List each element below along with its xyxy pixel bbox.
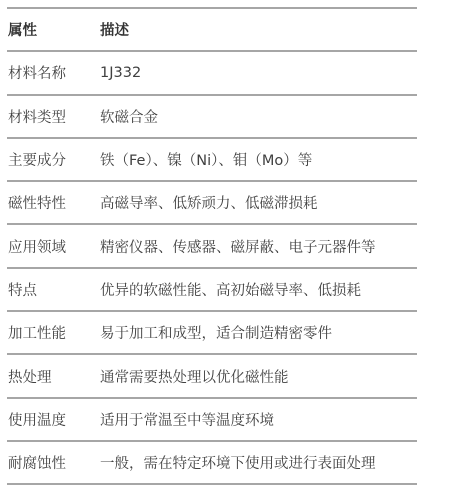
table-row: 使用温度 适用于常温至中等温度环境 xyxy=(7,398,417,441)
description-cell: 适用于常温至中等温度环境 xyxy=(99,398,417,441)
property-cell: 材料类型 xyxy=(7,95,99,138)
table-row: 热处理 通常需要热处理以优化磁性能 xyxy=(7,354,417,397)
table-row: 特点 优异的软磁性能、高初始磁导率、低损耗 xyxy=(7,268,417,311)
property-cell: 加工性能 xyxy=(7,311,99,354)
property-cell: 应用领域 xyxy=(7,224,99,267)
table-row: 耐腐蚀性 一般，需在特定环境下使用或进行表面处理 xyxy=(7,441,417,484)
header-property: 属性 xyxy=(7,8,99,51)
description-cell: 通常需要热处理以优化磁性能 xyxy=(99,354,417,397)
description-cell: 铁（Fe）、镍（Ni）、钼（Mo）等 xyxy=(99,138,417,181)
property-cell: 使用温度 xyxy=(7,398,99,441)
property-cell: 磁性特性 xyxy=(7,181,99,224)
table-row: 材料类型 软磁合金 xyxy=(7,95,417,138)
description-cell: 一般，需在特定环境下使用或进行表面处理 xyxy=(99,441,417,484)
table-row: 主要成分 铁（Fe）、镍（Ni）、钼（Mo）等 xyxy=(7,138,417,181)
header-description: 描述 xyxy=(99,8,417,51)
properties-table-container: 属性 描述 材料名称 1J332 材料类型 软磁合金 主要成分 铁（Fe）、镍（… xyxy=(7,7,417,485)
property-cell: 耐腐蚀性 xyxy=(7,441,99,484)
description-cell: 高磁导率、低矫顽力、低磁滞损耗 xyxy=(99,181,417,224)
properties-table: 属性 描述 材料名称 1J332 材料类型 软磁合金 主要成分 铁（Fe）、镍（… xyxy=(7,7,417,485)
description-cell: 优异的软磁性能、高初始磁导率、低损耗 xyxy=(99,268,417,311)
table-row: 应用领域 精密仪器、传感器、磁屏蔽、电子元器件等 xyxy=(7,224,417,267)
property-cell: 特点 xyxy=(7,268,99,311)
property-cell: 热处理 xyxy=(7,354,99,397)
description-cell: 易于加工和成型，适合制造精密零件 xyxy=(99,311,417,354)
table-header-row: 属性 描述 xyxy=(7,8,417,51)
table-row: 加工性能 易于加工和成型，适合制造精密零件 xyxy=(7,311,417,354)
table-row: 材料名称 1J332 xyxy=(7,51,417,94)
description-cell: 软磁合金 xyxy=(99,95,417,138)
table-row: 磁性特性 高磁导率、低矫顽力、低磁滞损耗 xyxy=(7,181,417,224)
description-cell: 精密仪器、传感器、磁屏蔽、电子元器件等 xyxy=(99,224,417,267)
property-cell: 主要成分 xyxy=(7,138,99,181)
property-cell: 材料名称 xyxy=(7,51,99,94)
description-cell: 1J332 xyxy=(99,51,417,94)
